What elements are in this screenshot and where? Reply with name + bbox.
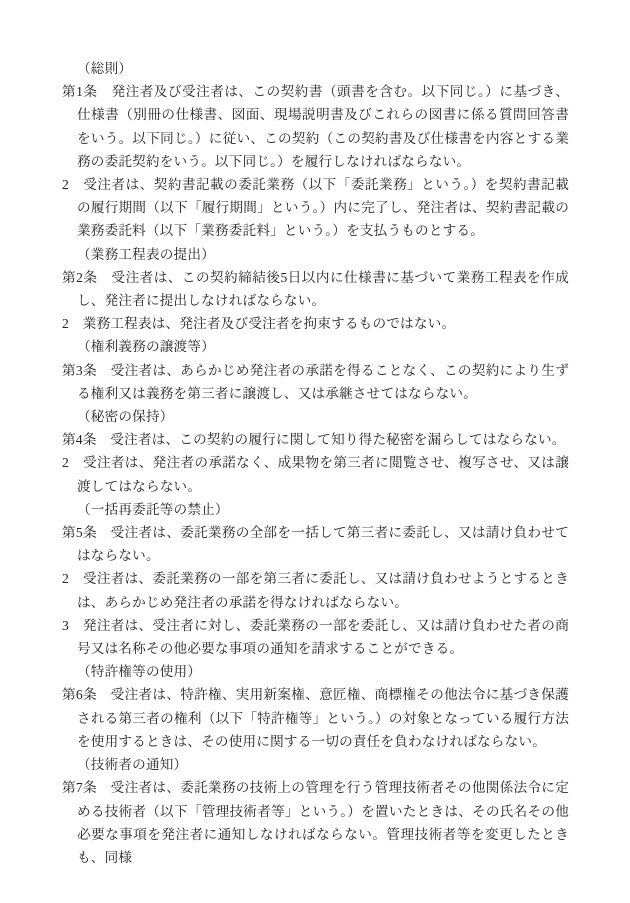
clause-paragraph: 第6条 受注者は、特許権、実用新案権、意匠権、商標権その他法令に基づき保護される… (62, 683, 569, 753)
clause-heading: （秘密の保持） (62, 405, 569, 428)
contract-body: （総則）第1条 発注者及び受注者は、この契約書（頭書を含む。以下同じ。）に基づき… (62, 57, 569, 869)
clause-heading: （権利義務の譲渡等） (62, 335, 569, 358)
clause-heading: （業務工程表の提出） (62, 243, 569, 266)
clause-paragraph: 2 受注者は、契約書記載の委託業務（以下「委託業務」という。）を契約書記載の履行… (62, 173, 569, 243)
clause-heading: （技術者の通知） (62, 753, 569, 776)
clause-paragraph: 3 発注者は、受注者に対し、委託業務の一部を委託し、又は請け負わせた者の商号又は… (62, 614, 569, 660)
clause-paragraph: 第4条 受注者は、この契約の履行に関して知り得た秘密を漏らしてはならない。 (62, 428, 569, 451)
document-page: （総則）第1条 発注者及び受注者は、この契約書（頭書を含む。以下同じ。）に基づき… (0, 0, 630, 903)
clause-paragraph: 第3条 受注者は、あらかじめ発注者の承諾を得ることなく、この契約により生ずる権利… (62, 359, 569, 405)
clause-heading: （総則） (62, 57, 569, 80)
clause-heading: （一括再委託等の禁止） (62, 498, 569, 521)
clause-paragraph: 第7条 受注者は、委託業務の技術上の管理を行う管理技術者その他関係法令に定める技… (62, 776, 569, 869)
clause-paragraph: 2 受注者は、委託業務の一部を第三者に委託し、又は請け負わせようとするときは、あ… (62, 567, 569, 613)
clause-paragraph: 第5条 受注者は、委託業務の全部を一括して第三者に委託し、又は請け負わせてはなら… (62, 521, 569, 567)
clause-paragraph: 2 受注者は、発注者の承諾なく、成果物を第三者に閲覧させ、複写させ、又は譲渡して… (62, 451, 569, 497)
clause-paragraph: 第2条 受注者は、この契約締結後5日以内に仕様書に基づいて業務工程表を作成し、発… (62, 266, 569, 312)
clause-paragraph: 2 業務工程表は、発注者及び受注者を拘束するものではない。 (62, 312, 569, 335)
clause-paragraph: 第1条 発注者及び受注者は、この契約書（頭書を含む。以下同じ。）に基づき、仕様書… (62, 80, 569, 173)
clause-heading: （特許権等の使用） (62, 660, 569, 683)
